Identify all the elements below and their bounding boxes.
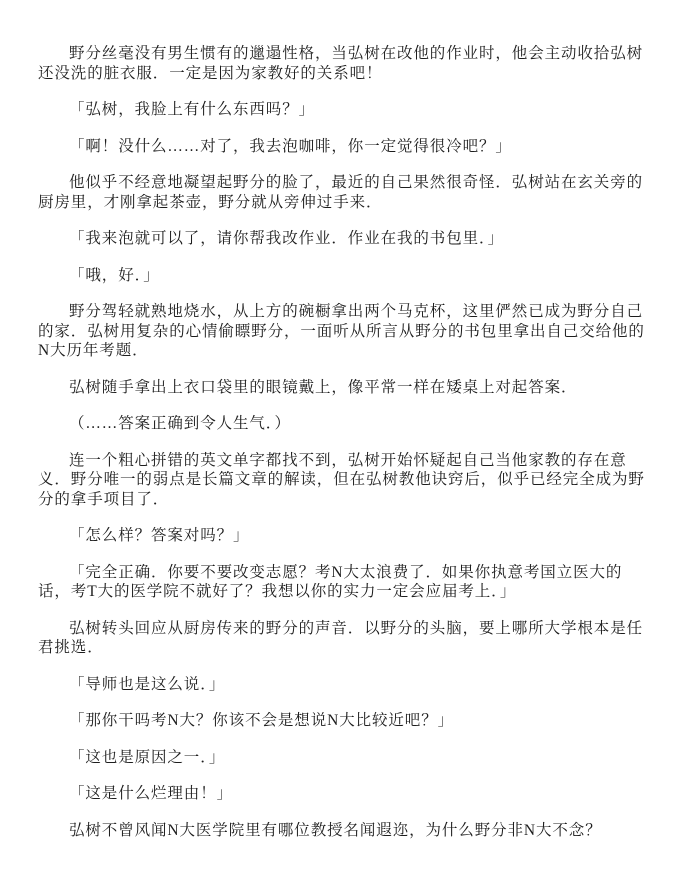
narration-paragraph: 弘树不曾风闻N大医学院里有哪位教授名闻遐迩，为什么野分非N大不念？ [38,821,648,841]
narration-paragraph: 野分驾轻就熟地烧水，从上方的碗橱拿出两个马克杯，这里俨然已成为野分自己的家．弘树… [38,302,648,361]
dialogue-line: 「我来泡就可以了，请你帮我改作业．作业在我的书包里．」 [38,229,648,249]
dialogue-line: 「这是什么烂理由！」 [38,784,648,804]
dialogue-line: 「导师也是这么说．」 [38,675,648,695]
narration-paragraph: 弘树转头回应从厨房传来的野分的声音．以野分的头脑，要上哪所大学根本是任君挑选． [38,619,648,658]
dialogue-line: 「完全正确．你要不要改变志愿？考N大太浪费了．如果你执意考国立医大的话，考T大的… [38,563,648,602]
inner-thought-line: （……答案正确到令人生气．） [38,414,648,434]
dialogue-line: 「啊！没什么……对了，我去泡咖啡，你一定觉得很冷吧？」 [38,137,648,157]
narration-paragraph: 弘树随手拿出上衣口袋里的眼镜戴上，像平常一样在矮桌上对起答案． [38,378,648,398]
novel-page: 野分丝毫没有男生惯有的邋遢性格，当弘树在改他的作业时，他会主动收拾弘树还没洗的脏… [0,0,680,880]
narration-paragraph: 野分丝毫没有男生惯有的邋遢性格，当弘树在改他的作业时，他会主动收拾弘树还没洗的脏… [38,44,648,83]
dialogue-line: 「这也是原因之一．」 [38,748,648,768]
narration-paragraph: 他似乎不经意地凝望起野分的脸了，最近的自己果然很奇怪．弘树站在玄关旁的厨房里，才… [38,173,648,212]
dialogue-line: 「哦，好．」 [38,266,648,286]
dialogue-line: 「那你干吗考N大？你该不会是想说N大比较近吧？」 [38,711,648,731]
narration-paragraph: 连一个粗心拼错的英文单字都找不到，弘树开始怀疑起自己当他家教的存在意义．野分唯一… [38,451,648,510]
dialogue-line: 「怎么样？答案对吗？」 [38,526,648,546]
dialogue-line: 「弘树，我脸上有什么东西吗？」 [38,100,648,120]
